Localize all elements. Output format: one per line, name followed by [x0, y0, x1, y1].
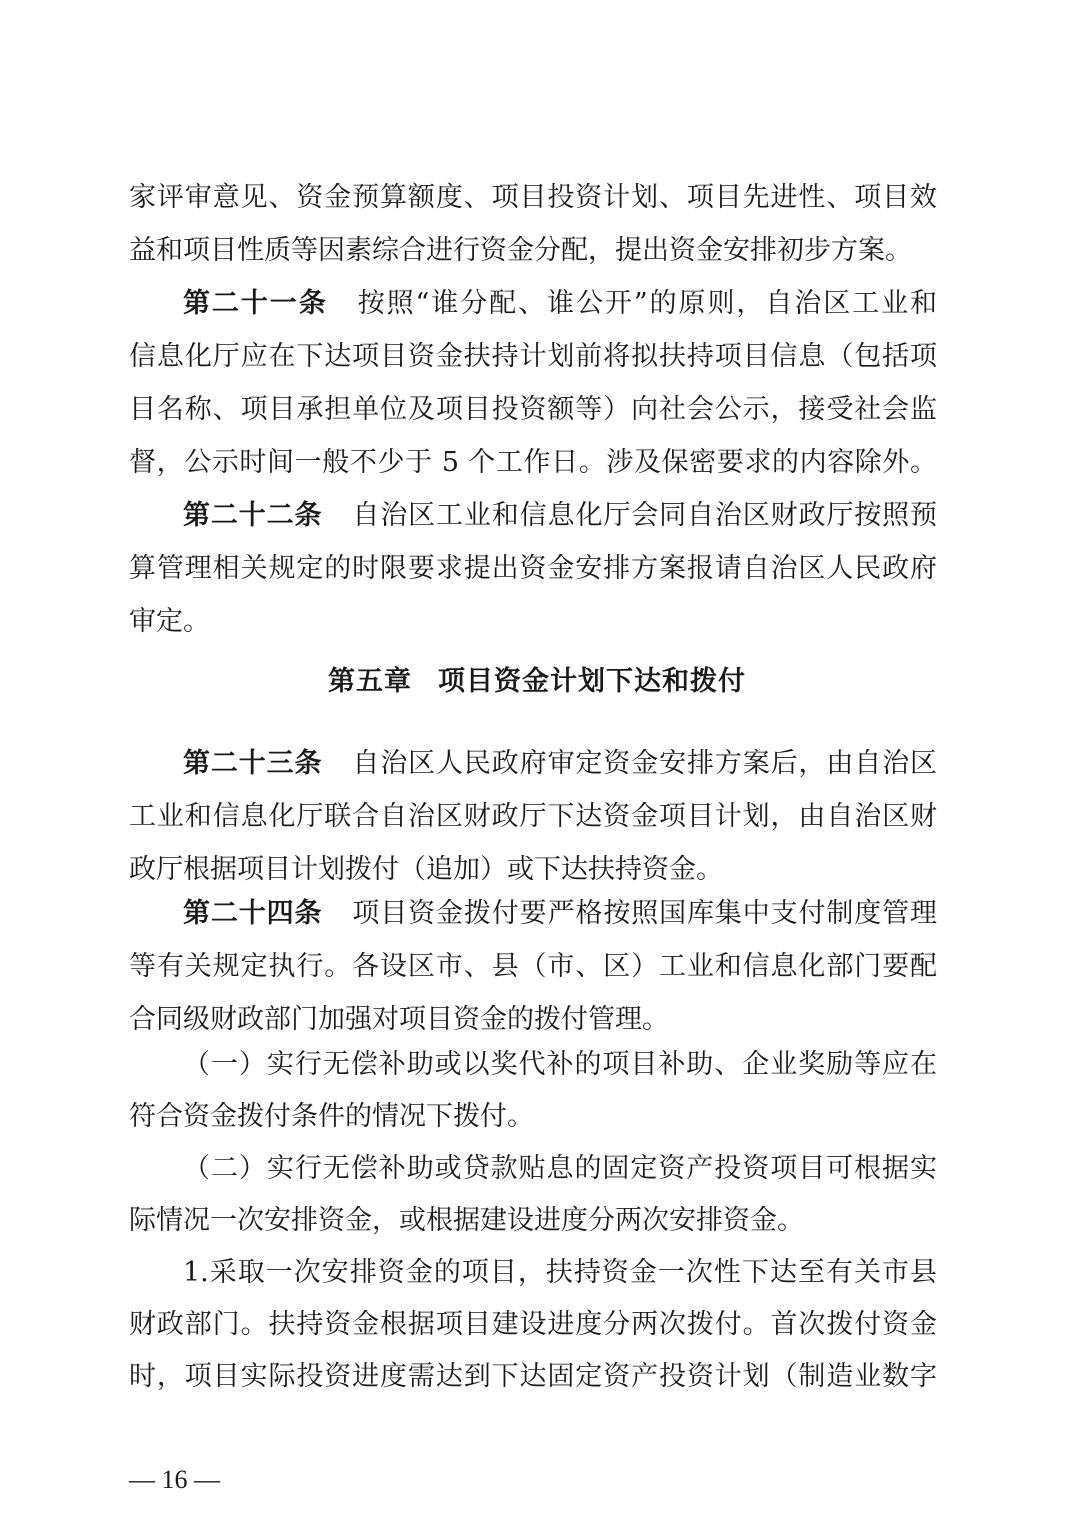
body-line: 益和项目性质等因素综合进行资金分配，提出资金安排初步方案。	[129, 231, 937, 271]
list-item-2-line: （二）实行无偿补助或贷款贴息的固定资产投资项目可根据实	[183, 1149, 937, 1189]
line-text: 家评审意见、资金预算额度、项目投资计划、项目先进性、项目效	[129, 182, 937, 213]
chapter-number: 第五章	[328, 666, 412, 697]
line-text: 际情况一次安排资金，或根据建设进度分两次安排资金。	[129, 1205, 804, 1236]
body-line: 算管理相关规定的时限要求提出资金安排方案报请自治区人民政府	[129, 549, 937, 589]
body-line: 家评审意见、资金预算额度、项目投资计划、项目先进性、项目效	[129, 178, 937, 218]
line-text: 符合资金拨付条件的情况下拨付。	[129, 1101, 534, 1132]
line-text: 审定。	[129, 606, 210, 637]
article-number: 第二十四条	[183, 898, 322, 929]
article-number: 第二十一条	[183, 288, 328, 319]
article-24-heading-line: 第二十四条项目资金拨付要严格按照国库集中支付制度管理	[183, 894, 937, 934]
article-number: 第二十三条	[183, 748, 322, 779]
line-text: 时，项目实际投资进度需达到下达固定资产投资计划（制造业数字	[129, 1361, 937, 1392]
article-number: 第二十二条	[183, 500, 322, 531]
chapter-heading: 第五章项目资金计划下达和拨付	[0, 662, 1074, 702]
chapter-title: 项目资金计划下达和拨付	[438, 666, 746, 697]
sub-item-1-line: 1.采取一次安排资金的项目，扶持资金一次性下达至有关市县	[183, 1253, 937, 1293]
line-text: 益和项目性质等因素综合进行资金分配，提出资金安排初步方案。	[129, 235, 912, 266]
line-text: 信息化厅应在下达项目资金扶持计划前将拟扶持项目信息（包括项	[129, 341, 937, 372]
line-text: 按照“谁分配、谁公开”的原则，自治区工业和	[358, 288, 937, 319]
body-line: 政厅根据项目计划拨付（追加）或下达扶持资金。	[129, 850, 937, 890]
article-21-heading-line: 第二十一条按照“谁分配、谁公开”的原则，自治区工业和	[183, 284, 937, 324]
body-line: 工业和信息化厅联合自治区财政厅下达资金项目计划，由自治区财	[129, 797, 937, 837]
body-line: 督，公示时间一般不少于 5 个工作日。涉及保密要求的内容除外。	[129, 443, 937, 483]
line-text: 工业和信息化厅联合自治区财政厅下达资金项目计划，由自治区财	[129, 801, 937, 832]
body-line: 信息化厅应在下达项目资金扶持计划前将拟扶持项目信息（包括项	[129, 337, 937, 377]
line-text: 项目资金拨付要严格按照国库集中支付制度管理	[352, 898, 937, 929]
document-page: 家评审意见、资金预算额度、项目投资计划、项目先进性、项目效 益和项目性质等因素综…	[0, 0, 1074, 1520]
line-text: 目名称、项目承担单位及项目投资额等）向社会公示，接受社会监	[129, 394, 937, 425]
article-23-heading-line: 第二十三条自治区人民政府审定资金安排方案后，由自治区	[183, 744, 937, 784]
body-line: 际情况一次安排资金，或根据建设进度分两次安排资金。	[129, 1201, 937, 1241]
line-text: （一）实行无偿补助或以奖代补的项目补助、企业奖励等应在	[183, 1049, 937, 1080]
line-text: 政厅根据项目计划拨付（追加）或下达扶持资金。	[129, 854, 723, 885]
line-text: 督，公示时间一般不少于 5 个工作日。涉及保密要求的内容除外。	[129, 447, 937, 478]
body-line: 符合资金拨付条件的情况下拨付。	[129, 1097, 937, 1137]
page-number: — 16 —	[129, 1462, 220, 1498]
body-line: 时，项目实际投资进度需达到下达固定资产投资计划（制造业数字	[129, 1357, 937, 1397]
article-22-heading-line: 第二十二条自治区工业和信息化厅会同自治区财政厅按照预	[183, 496, 937, 536]
line-text: 财政部门。扶持资金根据项目建设进度分两次拨付。首次拨付资金	[129, 1309, 937, 1340]
line-text: （二）实行无偿补助或贷款贴息的固定资产投资项目可根据实	[183, 1153, 937, 1184]
line-text: 自治区人民政府审定资金安排方案后，由自治区	[352, 748, 937, 779]
line-text: 等有关规定执行。各设区市、县（市、区）工业和信息化部门要配	[129, 951, 937, 982]
line-text: 自治区工业和信息化厅会同自治区财政厅按照预	[352, 500, 937, 531]
list-item-1-line: （一）实行无偿补助或以奖代补的项目补助、企业奖励等应在	[183, 1045, 937, 1085]
line-text: 算管理相关规定的时限要求提出资金安排方案报请自治区人民政府	[129, 553, 937, 584]
body-line: 审定。	[129, 602, 937, 642]
body-line: 等有关规定执行。各设区市、县（市、区）工业和信息化部门要配	[129, 947, 937, 987]
line-text: 1.采取一次安排资金的项目，扶持资金一次性下达至有关市县	[183, 1257, 937, 1288]
body-line: 财政部门。扶持资金根据项目建设进度分两次拨付。首次拨付资金	[129, 1305, 937, 1345]
line-text: 合同级财政部门加强对项目资金的拨付管理。	[129, 1004, 669, 1035]
body-line: 目名称、项目承担单位及项目投资额等）向社会公示，接受社会监	[129, 390, 937, 430]
body-line: 合同级财政部门加强对项目资金的拨付管理。	[129, 1000, 937, 1040]
